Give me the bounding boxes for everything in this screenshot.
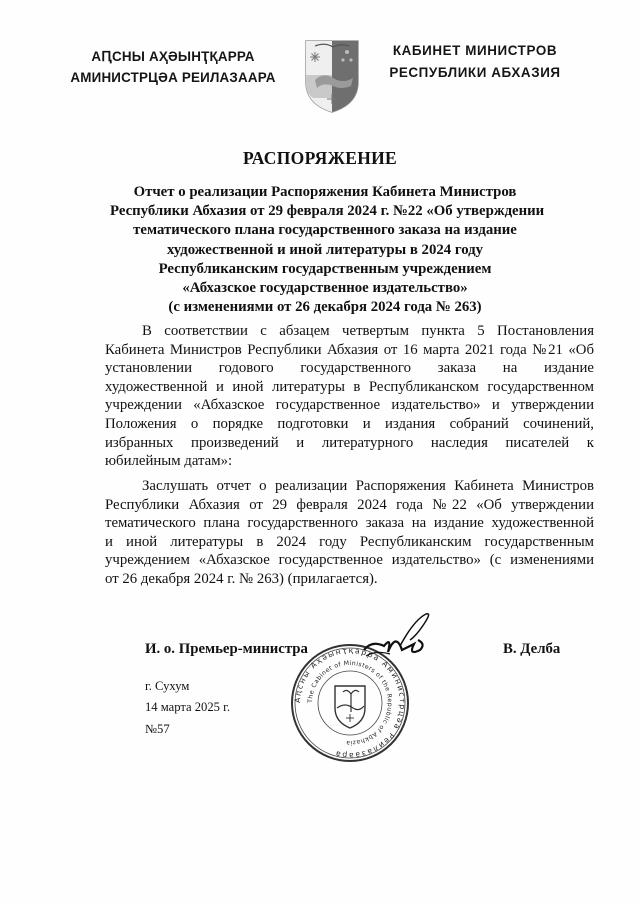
subject-line: Отчет о реализации Распоряжения Кабинета… — [110, 183, 540, 202]
paragraph-line: тематического плана государственного зак… — [105, 514, 594, 533]
issue-date: 14 марта 2025 г. — [145, 700, 230, 715]
subject-line: Республики Абхазия от 29 февраля 2024 г.… — [110, 202, 540, 221]
paragraph-line: избранных произведений и литературного н… — [105, 434, 594, 453]
paragraph-line: Республики Абхазия от 29 февраля 2024 го… — [105, 496, 594, 515]
paragraph-line: учреждением «Абхазское государственное и… — [105, 551, 594, 570]
subject-line: (с изменениями от 26 декабря 2024 года №… — [110, 298, 540, 317]
header-right-line: РЕСПУБЛИКИ АБХАЗИЯ — [370, 62, 580, 84]
header-left-line: АԤСНЫ АҲӘЫНҬҚАРРА — [62, 46, 284, 67]
svg-text:The Cabinet of Ministers of th: The Cabinet of Ministers of the Republic… — [307, 660, 393, 746]
document-number: №57 — [145, 722, 170, 737]
paragraph-line: В соответствии с абзацем четвертым пункт… — [105, 322, 594, 341]
paragraph-line: Положения о порядке подготовки и издания… — [105, 415, 594, 434]
issue-place: г. Сухум — [145, 679, 189, 694]
header-russian: КАБИНЕТ МИНИСТРОВ РЕСПУБЛИКИ АБХАЗИЯ — [370, 40, 580, 84]
stamp-inner-text: The Cabinet of Ministers of the Republic… — [307, 660, 393, 746]
paragraph-line: установлении годового государственного з… — [105, 359, 594, 378]
resolution-paragraph: Заслушать отчет о реализации Распоряжени… — [105, 477, 594, 589]
paragraph-line: Кабинета Министров Республики Абхазия от… — [105, 341, 594, 360]
subject-line: «Абхазское государственное издательство» — [110, 279, 540, 298]
header-right-line: КАБИНЕТ МИНИСТРОВ — [370, 40, 580, 62]
signatory-name: В. Делба — [503, 641, 560, 658]
paragraph-line: юбилейным датам»: — [105, 452, 594, 471]
document-page: АԤСНЫ АҲӘЫНҬҚАРРА АМИНИСТРЦӘА РЕИЛАЗААРА… — [0, 0, 640, 905]
header-left-line: АМИНИСТРЦӘА РЕИЛАЗААРА — [62, 67, 284, 88]
signatory-position: И. о. Премьер-министра — [145, 641, 308, 658]
paragraph-line: Заслушать отчет о реализации Распоряжени… — [105, 477, 594, 496]
subject-line: тематического плана государственного зак… — [110, 221, 540, 240]
paragraph-line: учреждении «Абхазское государственное из… — [105, 396, 594, 415]
subject-line: художественной и иной литературы в 2024 … — [110, 241, 540, 260]
document-type-title: РАСПОРЯЖЕНИЕ — [0, 148, 640, 169]
paragraph-line: и иной литературы в 2024 году Республика… — [105, 533, 594, 552]
subject-line: Республиканским государственным учрежден… — [110, 260, 540, 279]
coat-of-arms-icon — [303, 38, 361, 114]
paragraph-line: художественной и иной литературы в Респу… — [105, 378, 594, 397]
header-abkhaz: АԤСНЫ АҲӘЫНҬҚАРРА АМИНИСТРЦӘА РЕИЛАЗААРА — [62, 46, 284, 88]
document-subject: Отчет о реализации Распоряжения Кабинета… — [110, 183, 540, 317]
preamble-paragraph: В соответствии с абзацем четвертым пункт… — [105, 322, 594, 471]
handwritten-signature-icon — [362, 610, 432, 672]
paragraph-line: от 26 декабря 2024 г. № 263) (прилагаетс… — [105, 570, 594, 589]
